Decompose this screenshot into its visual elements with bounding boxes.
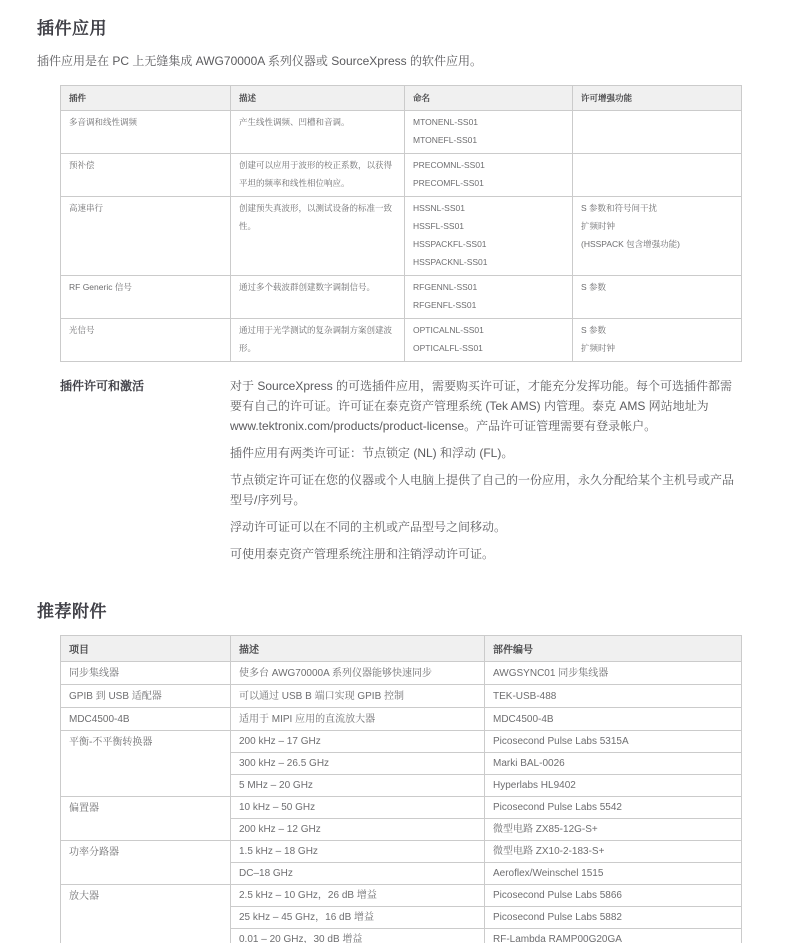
accessory-table-row: 平衡-不平衡转换器200 kHz – 17 GHzPicosecond Puls… bbox=[61, 731, 742, 753]
ordering-name-line: RFGENNL-SS01 bbox=[413, 278, 564, 296]
plugin-enhancements-cell: S 参数和符号间干扰扩频时钟(HSSPACK 包含增强功能) bbox=[573, 197, 742, 276]
license-activation-section: 插件许可和激活 对于 SourceXpress 的可选插件应用，需要购买许可证，… bbox=[60, 376, 741, 571]
accessory-description-cell: 0.01 – 20 GHz，30 dB 增益 bbox=[231, 929, 485, 943]
accessory-item-cell: 同步集线器 bbox=[61, 662, 231, 685]
plugin-description-cell: 通过用于光学测试的复杂调制方案创建波形。 bbox=[231, 319, 405, 362]
plugin-enhancements-cell bbox=[573, 111, 742, 154]
plugin-table-header-row: 插件 描述 命名 许可增强功能 bbox=[61, 86, 742, 111]
license-paragraph: 浮动许可证可以在不同的主机或产品型号之间移动。 bbox=[230, 517, 741, 537]
license-paragraph: 插件应用有两类许可证：节点锁定 (NL) 和浮动 (FL)。 bbox=[230, 443, 741, 463]
license-paragraph: 可使用泰克资产管理系统注册和注销浮动许可证。 bbox=[230, 544, 741, 564]
ordering-name-line: HSSPACKNL-SS01 bbox=[413, 253, 564, 271]
ordering-name-line: HSSFL-SS01 bbox=[413, 217, 564, 235]
accessory-description-cell: 200 kHz – 12 GHz bbox=[231, 819, 485, 841]
accessory-item-cell: 功率分路器 bbox=[61, 841, 231, 885]
recommended-accessories-table: 项目 描述 部件编号 同步集线器使多台 AWG70000A 系列仪器能够快速同步… bbox=[60, 635, 742, 943]
plugin-applications-intro: 插件应用是在 PC 上无缝集成 AWG70000A 系列仪器或 SourceXp… bbox=[37, 52, 741, 70]
accessory-description-cell: 2.5 kHz – 10 GHz，26 dB 增益 bbox=[231, 885, 485, 907]
ordering-name-line: RFGENFL-SS01 bbox=[413, 296, 564, 314]
plugin-enhancements-cell: S 参数 bbox=[573, 276, 742, 319]
enhancement-line: S 参数和符号间干扰 bbox=[581, 199, 733, 217]
ordering-name-line: PRECOMFL-SS01 bbox=[413, 174, 564, 192]
plugin-description-cell: 产生线性调频、凹槽和音调。 bbox=[231, 111, 405, 154]
column-header-plugin: 插件 bbox=[61, 86, 231, 111]
accessory-description-cell: 可以通过 USB B 端口实现 GPIB 控制 bbox=[231, 685, 485, 708]
plugin-ordering-names-cell: HSSNL-SS01HSSFL-SS01HSSPACKFL-SS01HSSPAC… bbox=[405, 197, 573, 276]
plugin-table-row: 多音调和线性调频产生线性调频、凹槽和音调。MTONENL-SS01MTONEFL… bbox=[61, 111, 742, 154]
accessory-description-cell: 10 kHz – 50 GHz bbox=[231, 797, 485, 819]
accessory-item-cell: 平衡-不平衡转换器 bbox=[61, 731, 231, 797]
accessory-part-number-cell: MDC4500-4B bbox=[485, 708, 742, 731]
accessory-table-row: 同步集线器使多台 AWG70000A 系列仪器能够快速同步AWGSYNC01 同… bbox=[61, 662, 742, 685]
plugin-name-cell: 高速串行 bbox=[61, 197, 231, 276]
enhancement-line: S 参数 bbox=[581, 321, 733, 339]
plugin-ordering-names-cell: PRECOMNL-SS01PRECOMFL-SS01 bbox=[405, 154, 573, 197]
column-header-naming: 命名 bbox=[405, 86, 573, 111]
accessory-table-row: GPIB 到 USB 适配器可以通过 USB B 端口实现 GPIB 控制TEK… bbox=[61, 685, 742, 708]
accessory-part-number-cell: AWGSYNC01 同步集线器 bbox=[485, 662, 742, 685]
accessory-part-number-cell: RF-Lambda RAMP00G20GA bbox=[485, 929, 742, 943]
accessory-description-cell: 25 kHz – 45 GHz，16 dB 增益 bbox=[231, 907, 485, 929]
accessory-item-cell: 放大器 bbox=[61, 885, 231, 943]
accessory-part-number-cell: 微型电路 ZX85-12G-S+ bbox=[485, 819, 742, 841]
enhancement-line: (HSSPACK 包含增强功能) bbox=[581, 235, 733, 253]
column-header-license-enhancements: 许可增强功能 bbox=[573, 86, 742, 111]
ordering-name-line: HSSNL-SS01 bbox=[413, 199, 564, 217]
accessory-description-cell: 300 kHz – 26.5 GHz bbox=[231, 753, 485, 775]
enhancement-line: 扩频时钟 bbox=[581, 217, 733, 235]
ordering-name-line: OPTICALNL-SS01 bbox=[413, 321, 564, 339]
accessory-description-cell: 5 MHz – 20 GHz bbox=[231, 775, 485, 797]
accessory-part-number-cell: Marki BAL-0026 bbox=[485, 753, 742, 775]
page-title-recommended-accessories: 推荐附件 bbox=[37, 597, 741, 622]
plugin-ordering-names-cell: OPTICALNL-SS01OPTICALFL-SS01 bbox=[405, 319, 573, 362]
accessory-part-number-cell: Hyperlabs HL9402 bbox=[485, 775, 742, 797]
accessory-description-cell: 1.5 kHz – 18 GHz bbox=[231, 841, 485, 863]
license-section-label: 插件许可和激活 bbox=[60, 376, 230, 571]
accessory-item-cell: GPIB 到 USB 适配器 bbox=[61, 685, 231, 708]
accessories-table-header-row: 项目 描述 部件编号 bbox=[61, 636, 742, 662]
accessory-part-number-cell: Picosecond Pulse Labs 5882 bbox=[485, 907, 742, 929]
plugin-applications-table: 插件 描述 命名 许可增强功能 多音调和线性调频产生线性调频、凹槽和音调。MTO… bbox=[60, 85, 742, 362]
plugin-description-cell: 创建预失真波形，以测试设备的标准一致性。 bbox=[231, 197, 405, 276]
ordering-name-line: PRECOMNL-SS01 bbox=[413, 156, 564, 174]
plugin-name-cell: 预补偿 bbox=[61, 154, 231, 197]
plugin-ordering-names-cell: MTONENL-SS01MTONEFL-SS01 bbox=[405, 111, 573, 154]
accessory-part-number-cell: Aeroflex/Weinschel 1515 bbox=[485, 863, 742, 885]
accessory-table-row: 功率分路器1.5 kHz – 18 GHz微型电路 ZX10-2-183-S+ bbox=[61, 841, 742, 863]
accessory-part-number-cell: 微型电路 ZX10-2-183-S+ bbox=[485, 841, 742, 863]
accessory-description-cell: 使多台 AWG70000A 系列仪器能够快速同步 bbox=[231, 662, 485, 685]
plugin-ordering-names-cell: RFGENNL-SS01RFGENFL-SS01 bbox=[405, 276, 573, 319]
ordering-name-line: MTONEFL-SS01 bbox=[413, 131, 564, 149]
plugin-description-cell: 创建可以应用于波形的校正系数，以获得平坦的频率和线性相位响应。 bbox=[231, 154, 405, 197]
plugin-name-cell: 光信号 bbox=[61, 319, 231, 362]
plugin-enhancements-cell bbox=[573, 154, 742, 197]
accessory-description-cell: 适用于 MIPI 应用的直流放大器 bbox=[231, 708, 485, 731]
plugin-table-row: 高速串行创建预失真波形，以测试设备的标准一致性。HSSNL-SS01HSSFL-… bbox=[61, 197, 742, 276]
accessory-table-row: MDC4500-4B适用于 MIPI 应用的直流放大器MDC4500-4B bbox=[61, 708, 742, 731]
plugin-name-cell: 多音调和线性调频 bbox=[61, 111, 231, 154]
accessory-description-cell: 200 kHz – 17 GHz bbox=[231, 731, 485, 753]
column-header-description: 描述 bbox=[231, 86, 405, 111]
column-header-item: 项目 bbox=[61, 636, 231, 662]
ordering-name-line: OPTICALFL-SS01 bbox=[413, 339, 564, 357]
plugin-table-row: 预补偿创建可以应用于波形的校正系数，以获得平坦的频率和线性相位响应。PRECOM… bbox=[61, 154, 742, 197]
plugin-name-cell: RF Generic 信号 bbox=[61, 276, 231, 319]
accessory-table-row: 偏置器10 kHz – 50 GHzPicosecond Pulse Labs … bbox=[61, 797, 742, 819]
license-section-paragraphs: 对于 SourceXpress 的可选插件应用，需要购买许可证，才能充分发挥功能… bbox=[230, 376, 741, 571]
accessory-item-cell: MDC4500-4B bbox=[61, 708, 231, 731]
plugin-table-row: 光信号通过用于光学测试的复杂调制方案创建波形。OPTICALNL-SS01OPT… bbox=[61, 319, 742, 362]
plugin-description-cell: 通过多个载波群创建数字调制信号。 bbox=[231, 276, 405, 319]
accessory-part-number-cell: Picosecond Pulse Labs 5315A bbox=[485, 731, 742, 753]
plugin-enhancements-cell: S 参数扩频时钟 bbox=[573, 319, 742, 362]
page-title-plugin-applications: 插件应用 bbox=[37, 14, 741, 39]
accessory-part-number-cell: Picosecond Pulse Labs 5866 bbox=[485, 885, 742, 907]
enhancement-line: 扩频时钟 bbox=[581, 339, 733, 357]
ordering-name-line: HSSPACKFL-SS01 bbox=[413, 235, 564, 253]
license-paragraph: 节点锁定许可证在您的仪器或个人电脑上提供了自己的一份应用，永久分配给某个主机号或… bbox=[230, 470, 741, 510]
accessory-part-number-cell: Picosecond Pulse Labs 5542 bbox=[485, 797, 742, 819]
license-paragraph: 对于 SourceXpress 的可选插件应用，需要购买许可证，才能充分发挥功能… bbox=[230, 376, 741, 436]
accessory-item-cell: 偏置器 bbox=[61, 797, 231, 841]
plugin-table-row: RF Generic 信号通过多个载波群创建数字调制信号。RFGENNL-SS0… bbox=[61, 276, 742, 319]
accessory-table-row: 放大器2.5 kHz – 10 GHz，26 dB 增益Picosecond P… bbox=[61, 885, 742, 907]
column-header-part-number: 部件编号 bbox=[485, 636, 742, 662]
accessory-part-number-cell: TEK-USB-488 bbox=[485, 685, 742, 708]
accessory-description-cell: DC–18 GHz bbox=[231, 863, 485, 885]
enhancement-line: S 参数 bbox=[581, 278, 733, 296]
ordering-name-line: MTONENL-SS01 bbox=[413, 113, 564, 131]
datasheet-page: 插件应用 插件应用是在 PC 上无缝集成 AWG70000A 系列仪器或 Sou… bbox=[0, 0, 786, 943]
column-header-accessory-description: 描述 bbox=[231, 636, 485, 662]
